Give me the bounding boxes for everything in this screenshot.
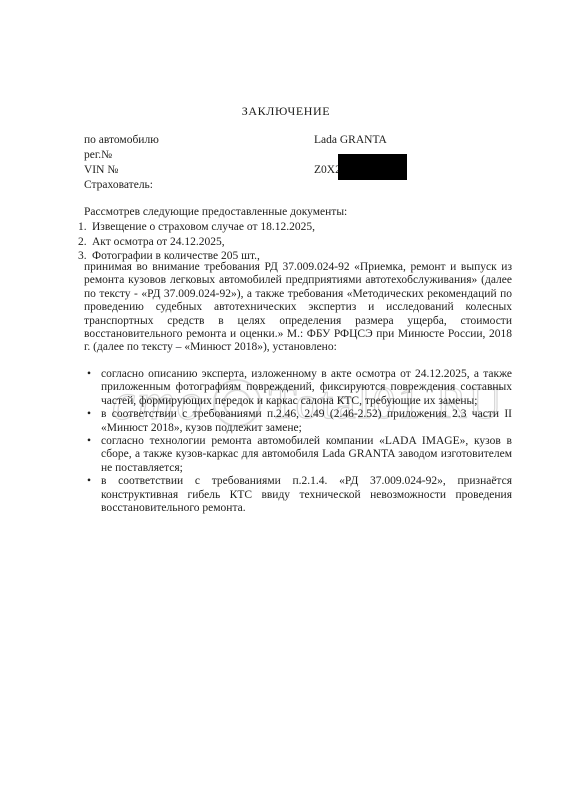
finding-item: согласно технологии ремонта автомобилей … bbox=[84, 435, 512, 475]
documents-intro: Рассмотрев следующие предоставленные док… bbox=[84, 205, 512, 219]
vehicle-row: по автомобилю Lada GRANTA bbox=[84, 133, 512, 148]
normative-paragraph: принимая во внимание требования РД 37.00… bbox=[84, 261, 512, 355]
insurer-value bbox=[314, 178, 512, 193]
document-page: сто Total01.RU ЗАКЛЮЧЕНИЕ по автомобилю … bbox=[0, 0, 566, 800]
insurer-label: Страхователь: bbox=[84, 178, 314, 193]
document-title: ЗАКЛЮЧЕНИЕ bbox=[84, 104, 488, 119]
vin-row: VIN № Z0X2 bbox=[84, 163, 512, 178]
vin-label: VIN № bbox=[84, 163, 314, 178]
vehicle-label: по автомобилю bbox=[84, 133, 314, 148]
reg-number-row: рег.№ bbox=[84, 148, 512, 163]
reg-number-label: рег.№ bbox=[84, 148, 314, 163]
insurer-row: Страхователь: bbox=[84, 178, 512, 193]
findings-list: согласно описанию эксперта, изложенному … bbox=[84, 368, 512, 515]
finding-item: в соответствии с требованиями п.2.1.4. «… bbox=[84, 475, 512, 515]
finding-item: в соответствии с требованиями п.2.46, 2.… bbox=[84, 408, 512, 435]
vehicle-info-block: по автомобилю Lada GRANTA рег.№ VIN № Z0… bbox=[84, 133, 512, 193]
vin-redaction-box bbox=[338, 154, 407, 180]
documents-list: Извещение о страховом случае от 18.12.20… bbox=[78, 220, 512, 264]
documents-list-item: Извещение о страховом случае от 18.12.20… bbox=[78, 220, 512, 235]
finding-item: согласно описанию эксперта, изложенному … bbox=[84, 368, 512, 408]
documents-list-item: Акт осмотра от 24.12.2025, bbox=[78, 235, 512, 250]
vehicle-model-value: Lada GRANTA bbox=[314, 133, 512, 148]
